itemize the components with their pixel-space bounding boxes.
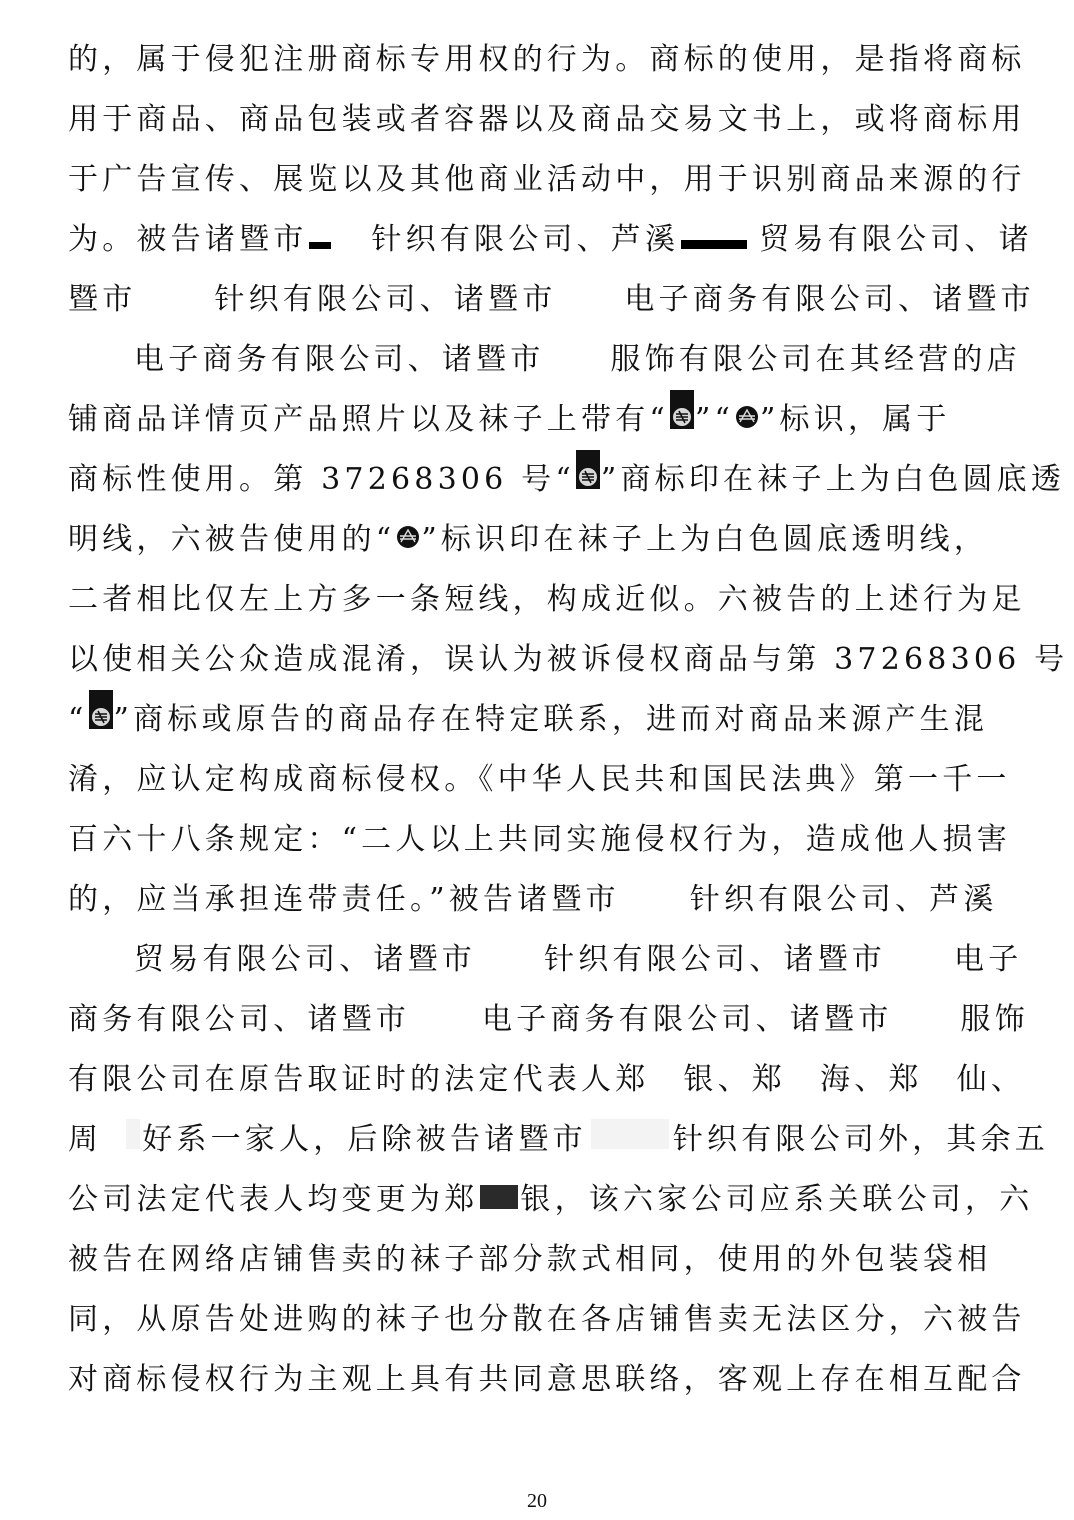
text-segment: 针织有限公司、诸暨市 [214,282,556,317]
text-segment: 电子 [954,942,1022,977]
text-line: 二者相比仅左上方多一条短线，构成近似。六被告的上述行为足 [68,570,1008,630]
text-segment: 贸易有限公司、诸 [759,222,1033,257]
text-segment: 针织有限公司、芦溪 [690,882,998,917]
text-line: 公司法定代表人均变更为郑银，该六家公司应系关联公司，六 [68,1170,1008,1230]
text-segment: 服饰 [960,1002,1028,1037]
text-line: 百六十八条规定：“二人以上共同实施侵权行为，造成他人损害 [68,810,1008,870]
text-line: 周好系一家人，后除被告诸暨市针织有限公司外，其余五 [68,1110,1008,1170]
redaction-mark [591,1119,669,1149]
text-segment: 为。被告诸暨市 [68,222,307,257]
trademark-registered-icon [89,690,113,714]
text-line: “”商标或原告的商品存在特定联系，进而对商品来源产生混 [68,690,1008,750]
text-segment: 用于商品、商品包装或者容器以及商品交易文书上，或将商标用 [68,102,1026,137]
text-segment: “ [68,702,88,737]
text-line: 电子商务有限公司、诸暨市服饰有限公司在其经营的店 [68,330,1008,390]
text-segment: 商务有限公司、诸暨市 [68,1002,410,1037]
text-segment: ”商标或原告的商品存在特定联系，进而对商品来源产生混 [114,702,989,737]
text-line: 同，从原告处进购的袜子也分散在各店铺售卖无法区分，六被告 [68,1290,1008,1350]
redaction-mark [681,240,747,249]
text-segment: 二者相比仅左上方多一条短线，构成近似。六被告的上述行为足 [68,582,1026,617]
text-segment: 电子商务有限公司、诸暨市 [134,342,544,377]
text-segment: 同，从原告处进购的袜子也分散在各店铺售卖无法区分，六被告 [68,1302,1026,1337]
text-segment: 贸易有限公司、诸暨市 [134,942,476,977]
text-segment: ”标识印在袜子上为白色圆底透明线， [421,522,988,557]
text-segment: 有限公司在原告取证时的法定代表人郑 [68,1062,649,1097]
text-line: 的，属于侵犯注册商标专用权的行为。商标的使用，是指将商标 [68,30,1008,90]
text-segment: 的，属于侵犯注册商标专用权的行为。商标的使用，是指将商标 [68,42,1026,77]
text-line: 于广告宣传、展览以及其他商业活动中，用于识别商品来源的行 [68,150,1008,210]
text-line: 贸易有限公司、诸暨市针织有限公司、诸暨市电子 [68,930,1008,990]
text-segment: 公司法定代表人均变更为郑 [68,1182,478,1217]
trademark-accused-icon [396,510,420,534]
text-line: 暨市针织有限公司、诸暨市电子商务有限公司、诸暨市 [68,270,1008,330]
text-segment: 电子商务有限公司、诸暨市 [482,1002,892,1037]
text-segment: 商标性使用。第 37268306 号“ [68,462,575,497]
text-segment: 暨市 [68,282,136,317]
text-segment: 周 [68,1122,102,1157]
text-line: 的，应当承担连带责任。”被告诸暨市针织有限公司、芦溪 [68,870,1008,930]
text-segment: 明线，六被告使用的“ [68,522,395,557]
text-line: 铺商品详情页产品照片以及袜子上带有“”“”标识，属于 [68,390,1008,450]
document-page: 的，属于侵犯注册商标专用权的行为。商标的使用，是指将商标 用于商品、商品包装或者… [0,0,1074,1520]
text-segment: 被告在网络店铺售卖的袜子部分款式相同，使用的外包装袋相 [68,1242,991,1277]
text-line: 以使相关公众造成混淆，误认为被诉侵权商品与第 37268306 号 [68,630,1008,690]
page-number: 20 [0,1490,1074,1513]
redaction-mark [480,1185,518,1209]
text-segment: 针织有限公司、芦溪 [371,222,679,257]
trademark-accused-icon [735,390,759,414]
text-segment: ”“ [695,402,734,437]
redaction-mark [126,1119,140,1149]
text-segment: 仙、 [957,1062,1025,1097]
text-segment: 以使相关公众造成混淆，误认为被诉侵权商品与第 37268306 号 [68,642,1068,677]
text-segment: ”标识，属于 [760,402,951,437]
text-segment: 针织有限公司外，其余五 [673,1122,1049,1157]
text-line: 为。被告诸暨市针织有限公司、芦溪贸易有限公司、诸 [68,210,1008,270]
text-segment: 淆，应认定构成商标侵权。《中华人民共和国民法典》第一千一 [68,762,1011,797]
text-segment: 针织有限公司、诸暨市 [544,942,886,977]
text-line: 被告在网络店铺售卖的袜子部分款式相同，使用的外包装袋相 [68,1230,1008,1290]
text-line: 明线，六被告使用的“”标识印在袜子上为白色圆底透明线， [68,510,1008,570]
trademark-registered-icon [670,390,694,414]
text-line: 商务有限公司、诸暨市电子商务有限公司、诸暨市服饰 [68,990,1008,1050]
text-line: 用于商品、商品包装或者容器以及商品交易文书上，或将商标用 [68,90,1008,150]
text-segment: 海、郑 [820,1062,923,1097]
text-segment: 好系一家人，后除被告诸暨市 [142,1122,587,1157]
text-segment: 电子商务有限公司、诸暨市 [624,282,1034,317]
text-segment: 于广告宣传、展览以及其他商业活动中，用于识别商品来源的行 [68,162,1026,197]
redaction-mark [309,242,331,249]
text-segment: 铺商品详情页产品照片以及袜子上带有“ [68,402,669,437]
text-segment: 银、郑 [683,1062,786,1097]
text-segment: 服饰有限公司在其经营的店 [610,342,1020,377]
text-line: 商标性使用。第 37268306 号“”商标印在袜子上为白色圆底透 [68,450,1008,510]
text-line: 对商标侵权行为主观上具有共同意思联络，客观上存在相互配合 [68,1350,1008,1410]
text-segment: 百六十八条规定：“二人以上共同实施侵权行为，造成他人损害 [68,822,1011,857]
trademark-registered-icon [576,450,600,474]
text-segment: 的，应当承担连带责任。”被告诸暨市 [68,882,620,917]
text-segment: 对商标侵权行为主观上具有共同意思联络，客观上存在相互配合 [68,1362,1026,1397]
text-line: 有限公司在原告取证时的法定代表人郑银、郑海、郑仙、 [68,1050,1008,1110]
text-line: 淆，应认定构成商标侵权。《中华人民共和国民法典》第一千一 [68,750,1008,810]
text-segment: ”商标印在袜子上为白色圆底透 [601,462,1065,497]
text-segment: 银，该六家公司应系关联公司，六 [520,1182,1033,1217]
